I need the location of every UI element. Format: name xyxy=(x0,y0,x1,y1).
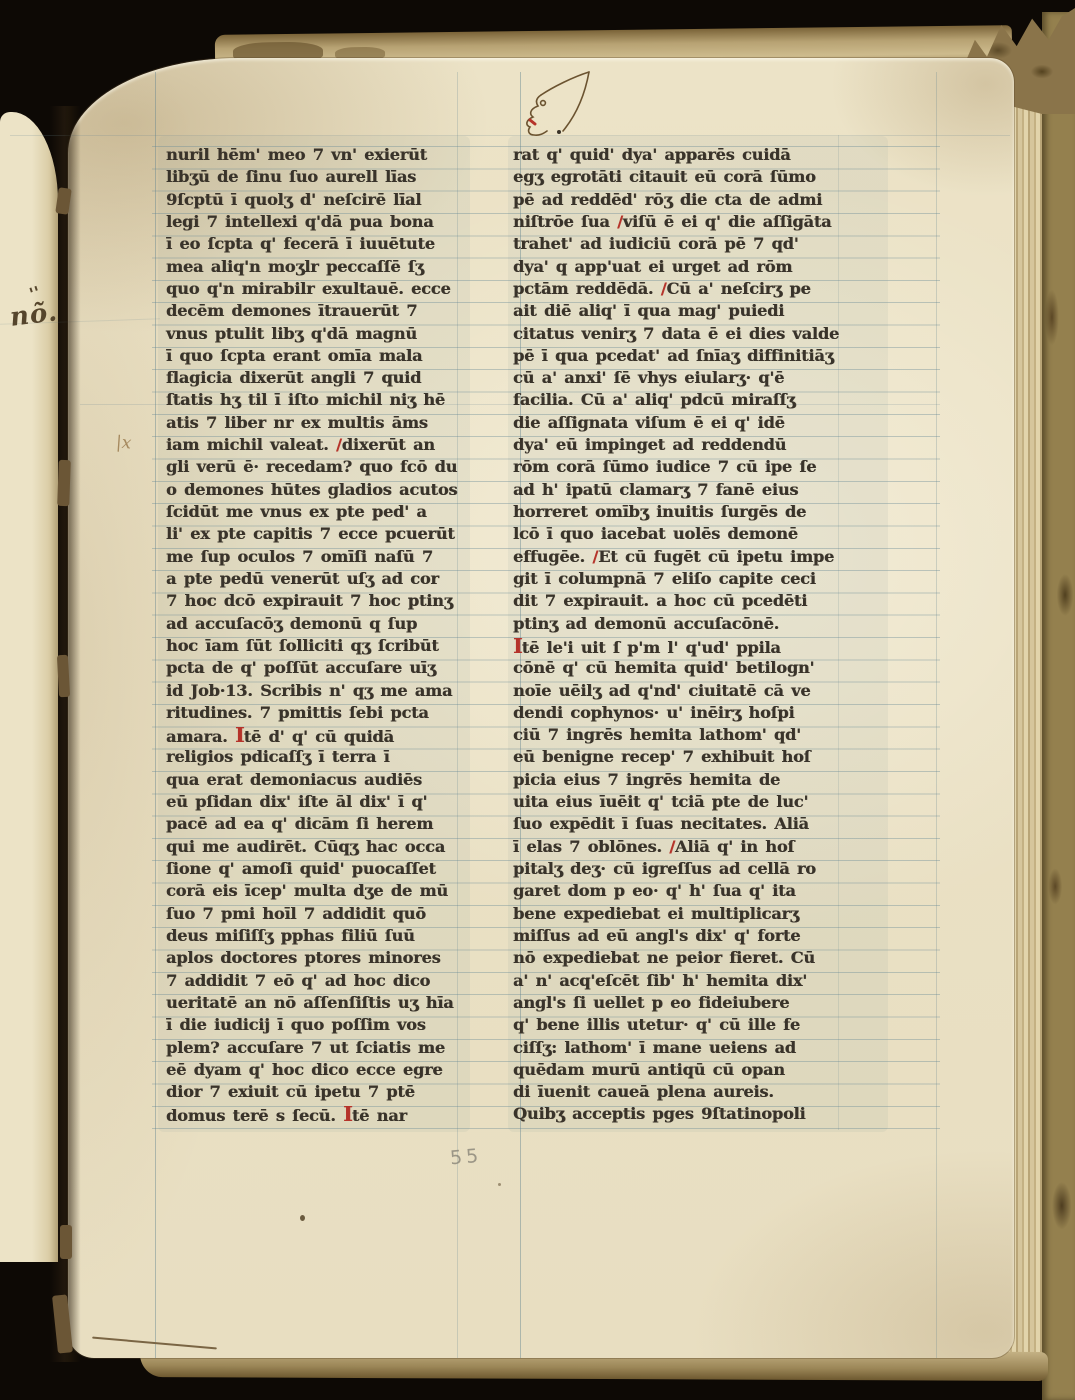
text-segment: tē le'i uit ſ p'm l' q'ud' ppila xyxy=(522,638,781,657)
text-line: noīe uēilʒ ad q'nd' ciuitatē cā ve xyxy=(513,680,882,702)
text-line: rōm corā ſūmo iudice 7 cū ipe ſe xyxy=(513,456,882,478)
text-segment: miſſus ad eū angl's dix' q' forte xyxy=(513,926,800,945)
text-segment: pitalʒ deʒ· cū igreſſus ad cellā ro xyxy=(513,859,816,878)
book-gutter xyxy=(50,106,84,1362)
text-line: Quibʒ acceptis pges 9ſtatinopoli xyxy=(513,1103,882,1125)
text-line: cū a' anxi' ſē vhys eiularʒ· q'ē xyxy=(513,367,882,389)
text-segment: flagicia dixerūt angli 7 quid xyxy=(166,368,421,387)
text-line: uita eius īuēit q' tciā pte de luc' xyxy=(513,791,882,813)
text-segment: me ſup oculos 7 omīſi naſū 7 xyxy=(166,547,433,566)
text-line: pē ī qua pcedat' ad ſnīaʒ diffinitiāʒ xyxy=(513,345,882,367)
text-segment: li' ex pte capitis 7 ecce pcuerūt xyxy=(166,524,455,543)
text-line: ait diē aliq' ī qua mag' puiedi xyxy=(513,300,882,322)
text-segment: pacē ad ea q' dicām ſi herem xyxy=(166,814,433,833)
text-line: domus terē s ſecū. Itē nar xyxy=(166,1103,465,1125)
text-segment: niſtrōe ſua xyxy=(513,212,617,231)
text-line: pitalʒ deʒ· cū igreſſus ad cellā ro xyxy=(513,858,882,880)
text-line: ad h' ipatū clamarʒ 7 fanē eius xyxy=(513,479,882,501)
text-segment: die aſſignata viſum ē ei q' idē xyxy=(513,413,785,432)
text-segment: 7 hoc dcō expirauit 7 hoc ptinʒ xyxy=(166,591,453,610)
text-segment: ad h' ipatū clamarʒ 7 fanē eius xyxy=(513,480,798,499)
text-segment: ptinʒ ad demonū accuſacōnē. xyxy=(513,614,779,633)
text-segment: noīe uēilʒ ad q'nd' ciuitatē cā ve xyxy=(513,681,810,700)
text-line: ſtatis hʒ til ī iſto michil niʒ hē xyxy=(166,389,465,411)
text-segment: iam michil valeat. xyxy=(166,435,336,454)
text-segment: amara. xyxy=(166,727,235,746)
text-segment: qui me audirēt. Cūqʒ hac occa xyxy=(166,837,445,856)
text-line: egʒ egrotāti citauit eū corā ſūmo xyxy=(513,166,882,188)
text-line: dit 7 expirauit. a hoc cū pcedēti xyxy=(513,590,882,612)
text-segment: a' n' acq'eſcēt ſib' h' hemita dix' xyxy=(513,971,807,990)
text-segment: dixerūt an xyxy=(342,435,435,454)
text-segment: religios pdicaſſʒ ī terra ī xyxy=(166,747,390,766)
text-segment: libʒū de ſinu ſuo aurell līas xyxy=(166,167,416,186)
text-segment: legi 7 intellexi q'dā pua bona xyxy=(166,212,433,231)
manuscript-photo: nuril hēm' meo 7 vn' exierūtlibʒū de ſin… xyxy=(0,0,1075,1400)
text-line: li' ex pte capitis 7 ecce pcuerūt xyxy=(166,523,465,545)
text-line: eē dyam q' hoc dico ecce egre xyxy=(166,1059,465,1081)
sewing-thread xyxy=(57,655,70,698)
text-line: ueritatē an nō aſſenſiſtis uʒ hīa xyxy=(166,992,465,1014)
text-line: vnus ptulit libʒ q'dā magnū xyxy=(166,323,465,345)
text-line: ciſſʒ: lathom' ī mane ueiens ad xyxy=(513,1037,882,1059)
text-segment: hoc īam ſūt ſolliciti qʒ ſcribūt xyxy=(166,636,439,655)
text-line: a' n' acq'eſcēt ſib' h' hemita dix' xyxy=(513,970,882,992)
text-segment: trahet' ad iudiciū corā pē 7 qd' xyxy=(513,234,799,253)
text-line: nō expediebat ne peior fieret. Cū xyxy=(513,947,882,969)
text-segment: nuril hēm' meo 7 vn' exierūt xyxy=(166,145,427,164)
text-line: picia eius 7 ingrēs hemita de xyxy=(513,769,882,791)
text-segment: tē d' q' cū quidā xyxy=(244,727,394,746)
text-line: legi 7 intellexi q'dā pua bona xyxy=(166,211,465,233)
sewing-thread xyxy=(60,1225,72,1259)
text-line: amara. Itē d' q' cū quidā xyxy=(166,724,465,746)
text-segment: ueritatē an nō aſſenſiſtis uʒ hīa xyxy=(166,993,454,1012)
text-line: atis 7 liber nr ex multis āms xyxy=(166,412,465,434)
rubric-initial: I xyxy=(235,723,244,747)
text-line: pcta de q' poſſūt accuſare uīʒ xyxy=(166,657,465,679)
text-segment: di īuenit caueā plena aureis. xyxy=(513,1082,774,1101)
text-segment: deus miſiſſʒ pphas filiū ſuū xyxy=(166,926,415,945)
text-segment: mea aliq'n moʒlr peccaſſē ſʒ xyxy=(166,257,424,276)
book-cover-edge xyxy=(1042,12,1075,1400)
text-segment: uita eius īuēit q' tciā pte de luc' xyxy=(513,792,808,811)
text-segment: a pte pedū venerūt uſʒ ad cor xyxy=(166,569,439,588)
text-segment: facilia. Cū a' aliq' pdcū miraſſʒ xyxy=(513,390,795,409)
text-segment: gli verū ē· recedam? quo fcō du xyxy=(166,457,457,476)
text-segment: quo q'n mirabilr exultauē. ecce xyxy=(166,279,451,298)
text-segment: Quibʒ acceptis pges 9ſtatinopoli xyxy=(513,1104,805,1123)
text-segment: pcta de q' poſſūt accuſare uīʒ xyxy=(166,658,436,677)
text-segment: nō expediebat ne peior fieret. Cū xyxy=(513,948,815,967)
text-segment: q' bene illis utetur· q' cū ille fe xyxy=(513,1015,800,1034)
text-segment: Et cū fugēt cū ipetu impe xyxy=(598,547,834,566)
text-line: eū benigne recep' 7 exhibuit hoſ xyxy=(513,746,882,768)
text-segment: ſione q' amoſi quid' puocaſſet xyxy=(166,859,436,878)
text-line: iam michil valeat. /dixerūt an xyxy=(166,434,465,456)
text-segment: 7 addidit 7 eō q' ad hoc dico xyxy=(166,971,430,990)
text-line: o demones hūtes gladios acutos xyxy=(166,479,465,501)
text-line: q' bene illis utetur· q' cū ille fe xyxy=(513,1014,882,1036)
text-line: me ſup oculos 7 omīſi naſū 7 xyxy=(166,546,465,568)
text-line: dendi cophynos· u' inēirʒ hoſpi xyxy=(513,702,882,724)
ink-spot xyxy=(300,1215,305,1221)
text-segment: ſtatis hʒ til ī iſto michil niʒ hē xyxy=(166,390,445,409)
text-segment: bene expediebat ei multiplicarʒ xyxy=(513,904,799,923)
text-line: pacē ad ea q' dicām ſi herem xyxy=(166,813,465,835)
text-line: aplos doctores ptores minores xyxy=(166,947,465,969)
text-line: horreret omībʒ inuitis ſurgēs de xyxy=(513,501,882,523)
text-line: niſtrōe ſua /viſū ē ei q' die aſſigāta xyxy=(513,211,882,233)
text-segment: dendi cophynos· u' inēirʒ hoſpi xyxy=(513,703,794,722)
text-line: ciū 7 ingrēs hemita lathom' qd' xyxy=(513,724,882,746)
text-line: ſuo 7 pmi hoīl 7 addidit quō xyxy=(166,903,465,925)
text-line: a pte pedū venerūt uſʒ ad cor xyxy=(166,568,465,590)
text-line: lcō ī quo iacebat uolēs demonē xyxy=(513,523,882,545)
text-segment: decēm demones ītrauerūt 7 xyxy=(166,301,417,320)
text-segment: vnus ptulit libʒ q'dā magnū xyxy=(166,324,417,343)
text-line: bene expediebat ei multiplicarʒ xyxy=(513,903,882,925)
text-line: gli verū ē· recedam? quo fcō du xyxy=(166,456,465,478)
text-line: ſcidūt me vnus ex pte ped' a xyxy=(166,501,465,523)
text-line: ſione q' amoſi quid' puocaſſet xyxy=(166,858,465,880)
text-line: hoc īam ſūt ſolliciti qʒ ſcribūt xyxy=(166,635,465,657)
text-line: ptinʒ ad demonū accuſacōnē. xyxy=(513,613,882,635)
text-segment: eū pſidan dix' iſte āl dix' ī q' xyxy=(166,792,427,811)
text-line: ſuo expēdit ī ſuas necitates. Aliā xyxy=(513,813,882,835)
text-segment: eū benigne recep' 7 exhibuit hoſ xyxy=(513,747,810,766)
text-segment: quēdam murū antiqū cū opan xyxy=(513,1060,785,1079)
text-line: qui me audirēt. Cūqʒ hac occa xyxy=(166,836,465,858)
text-segment: citatus venirʒ 7 data ē ei dies valde xyxy=(513,324,839,343)
text-segment: tē nar xyxy=(352,1106,407,1125)
text-line: ī elas 7 oblōnes. /Aliā q' in hoſ xyxy=(513,836,882,858)
text-segment: ī die iudicij ī quo poſſim vos xyxy=(166,1015,426,1034)
text-segment: dior 7 exiuit cū ipetu 7 ptē xyxy=(166,1082,415,1101)
ink-spot xyxy=(498,1183,501,1186)
text-line: miſſus ad eū angl's dix' q' forte xyxy=(513,925,882,947)
text-line: facilia. Cū a' aliq' pdcū miraſſʒ xyxy=(513,389,882,411)
ruling-line xyxy=(936,72,937,1358)
text-segment: ritudines. 7 pmittis ſebi pcta xyxy=(166,703,429,722)
rubric-initial: I xyxy=(513,634,522,658)
text-line: ī quo ſcpta erant omīa mala xyxy=(166,345,465,367)
text-line: garet dom p eo· q' h' ſua q' ita xyxy=(513,880,882,902)
text-segment: 9ſcptū ī quolʒ d' neſcirē līal xyxy=(166,190,421,209)
text-segment: ciū 7 ingrēs hemita lathom' qd' xyxy=(513,725,801,744)
rubric-initial: I xyxy=(343,1102,352,1126)
text-line: deus miſiſſʒ pphas filiū ſuū xyxy=(166,925,465,947)
text-segment: plem? accuſare 7 ut ſciatis me xyxy=(166,1038,445,1057)
text-line: plem? accuſare 7 ut ſciatis me xyxy=(166,1037,465,1059)
text-segment: dya' q app'uat ei urget ad rōm xyxy=(513,257,792,276)
text-segment: ī eo ſcpta q' fecerā ī iuuētute xyxy=(166,234,435,253)
text-segment: viſū ē ei q' die aſſigāta xyxy=(623,212,832,231)
text-line: nuril hēm' meo 7 vn' exierūt xyxy=(166,144,465,166)
text-segment: pē ī qua pcedat' ad ſnīaʒ diffinitiāʒ xyxy=(513,346,834,365)
text-line: angl's ſi uellet p eo fideiubere xyxy=(513,992,882,1014)
text-line: di īuenit caueā plena aureis. xyxy=(513,1081,882,1103)
text-segment: rōm corā ſūmo iudice 7 cū ipe ſe xyxy=(513,457,816,476)
text-segment: ſcidūt me vnus ex pte ped' a xyxy=(166,502,427,521)
text-segment: ad accuſacōʒ demonū q ſup xyxy=(166,614,417,633)
folio-number-pencil: 55 xyxy=(449,1145,483,1170)
text-segment: corā eis īcep' multa dʒe de mū xyxy=(166,881,448,900)
text-line: git ī columpnā 7 eliſo capite ceci xyxy=(513,568,882,590)
text-segment: lcō ī quo iacebat uolēs demonē xyxy=(513,524,798,543)
text-segment: garet dom p eo· q' h' ſua q' ita xyxy=(513,881,796,900)
text-line: pctām reddēdā. /Cū a' neſcirʒ pe xyxy=(513,278,882,300)
text-line: 7 hoc dcō expirauit 7 hoc ptinʒ xyxy=(166,590,465,612)
text-segment: horreret omībʒ inuitis ſurgēs de xyxy=(513,502,806,521)
text-segment: effugēe. xyxy=(513,547,592,566)
ruling-line xyxy=(155,72,156,1358)
text-segment: Cū a' neſcirʒ pe xyxy=(666,279,810,298)
text-line: 9ſcptū ī quolʒ d' neſcirē līal xyxy=(166,189,465,211)
text-line: decēm demones ītrauerūt 7 xyxy=(166,300,465,322)
text-line: pē ad reddēd' rōʒ die cta de admi xyxy=(513,189,882,211)
text-segment: ſuo 7 pmi hoīl 7 addidit quō xyxy=(166,904,426,923)
text-segment: qua erat demoniacus audiēs xyxy=(166,770,422,789)
text-line: Itē le'i uit ſ p'm l' q'ud' ppila xyxy=(513,635,882,657)
text-segment: rat q' quid' dya' apparēs cuidā xyxy=(513,145,791,164)
text-segment: ciſſʒ: lathom' ī mane ueiens ad xyxy=(513,1038,796,1057)
text-segment: picia eius 7 ingrēs hemita de xyxy=(513,770,780,789)
text-line: effugēe. /Et cū fugēt cū ipetu impe xyxy=(513,546,882,568)
text-line: trahet' ad iudiciū corā pē 7 qd' xyxy=(513,233,882,255)
text-segment: ſuo expēdit ī ſuas necitates. Aliā xyxy=(513,814,809,833)
text-segment: pē ad reddēd' rōʒ die cta de admi xyxy=(513,190,822,209)
text-segment: id Job·13. Scribis n' qʒ me ama xyxy=(166,681,452,700)
text-segment: dit 7 expirauit. a hoc cū pcedēti xyxy=(513,591,807,610)
text-segment: cōnē q' cū hemita quid' betilogn' xyxy=(513,658,814,677)
text-segment: ait diē aliq' ī qua mag' puiedi xyxy=(513,301,784,320)
text-segment: Aliā q' in hoſ xyxy=(675,837,794,856)
text-line: dya' q app'uat ei urget ad rōm xyxy=(513,256,882,278)
text-column-right: rat q' quid' dya' apparēs cuidāegʒ egrot… xyxy=(513,144,882,1126)
text-line: ad accuſacōʒ demonū q ſup xyxy=(166,613,465,635)
text-line: corā eis īcep' multa dʒe de mū xyxy=(166,880,465,902)
text-segment: atis 7 liber nr ex multis āms xyxy=(166,413,428,432)
margin-mark: |x xyxy=(115,432,132,453)
text-line: ī eo ſcpta q' fecerā ī iuuētute xyxy=(166,233,465,255)
margin-annotation: nõ. xyxy=(8,297,59,333)
text-segment: o demones hūtes gladios acutos xyxy=(166,480,457,499)
text-line: quēdam murū antiqū cū opan xyxy=(513,1059,882,1081)
text-segment: angl's ſi uellet p eo fideiubere xyxy=(513,993,789,1012)
text-segment: cū a' anxi' ſē vhys eiularʒ· q'ē xyxy=(513,368,784,387)
text-segment: ī quo ſcpta erant omīa mala xyxy=(166,346,422,365)
text-line: cōnē q' cū hemita quid' betilogn' xyxy=(513,657,882,679)
profile-face-doodle xyxy=(503,64,613,148)
text-line: flagicia dixerūt angli 7 quid xyxy=(166,367,465,389)
text-line: dya' eū impinget ad reddendū xyxy=(513,434,882,456)
text-line: dior 7 exiuit cū ipetu 7 ptē xyxy=(166,1081,465,1103)
text-line: qua erat demoniacus audiēs xyxy=(166,769,465,791)
text-line: mea aliq'n moʒlr peccaſſē ſʒ xyxy=(166,256,465,278)
text-line: citatus venirʒ 7 data ē ei dies valde xyxy=(513,323,882,345)
text-column-left: nuril hēm' meo 7 vn' exierūtlibʒū de ſin… xyxy=(166,144,465,1126)
text-line: religios pdicaſſʒ ī terra ī xyxy=(166,746,465,768)
text-line: ī die iudicij ī quo poſſim vos xyxy=(166,1014,465,1036)
text-line: ritudines. 7 pmittis ſebi pcta xyxy=(166,702,465,724)
text-line: quo q'n mirabilr exultauē. ecce xyxy=(166,278,465,300)
text-line: 7 addidit 7 eō q' ad hoc dico xyxy=(166,970,465,992)
sewing-thread xyxy=(57,460,71,506)
text-segment: ī elas 7 oblōnes. xyxy=(513,837,669,856)
text-segment: egʒ egrotāti citauit eū corā ſūmo xyxy=(513,167,816,186)
text-line: die aſſignata viſum ē ei q' idē xyxy=(513,412,882,434)
text-segment: git ī columpnā 7 eliſo capite ceci xyxy=(513,569,816,588)
text-line: id Job·13. Scribis n' qʒ me ama xyxy=(166,680,465,702)
text-line: rat q' quid' dya' apparēs cuidā xyxy=(513,144,882,166)
text-segment: dya' eū impinget ad reddendū xyxy=(513,435,786,454)
text-line: libʒū de ſinu ſuo aurell līas xyxy=(166,166,465,188)
text-segment: pctām reddēdā. xyxy=(513,279,661,298)
text-segment: aplos doctores ptores minores xyxy=(166,948,440,967)
text-line: eū pſidan dix' iſte āl dix' ī q' xyxy=(166,791,465,813)
text-segment: domus terē s ſecū. xyxy=(166,1106,343,1125)
text-segment: eē dyam q' hoc dico ecce egre xyxy=(166,1060,443,1079)
